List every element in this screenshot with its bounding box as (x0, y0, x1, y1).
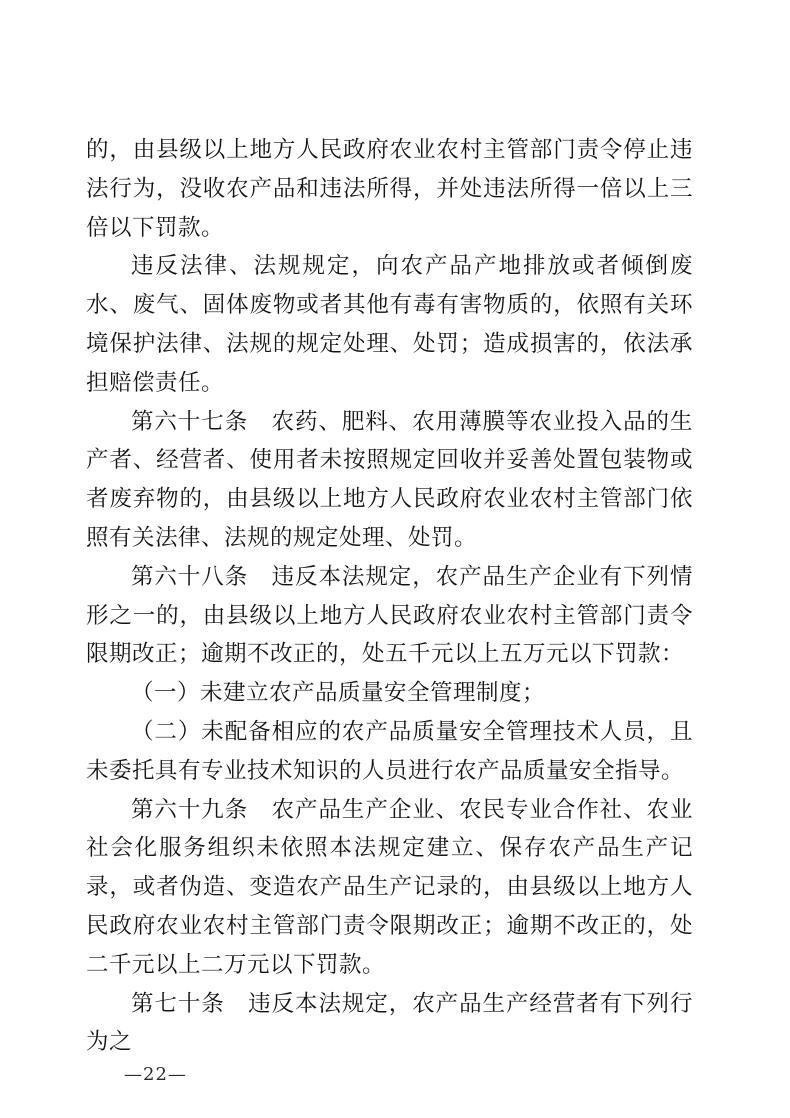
paragraph-continuation: 的，由县级以上地方人民政府农业农村主管部门责令停止违法行为，没收农产品和违法所得… (86, 131, 693, 247)
document-page: 的，由县级以上地方人民政府农业农村主管部门责令停止违法行为，没收农产品和违法所得… (0, 0, 790, 1118)
page-number: —22— (124, 1064, 187, 1085)
paragraph: 违反法律、法规规定，向农产品产地排放或者倾倒废水、废气、固体废物或者其他有毒有害… (86, 247, 693, 402)
paragraph-article-68: 第六十八条 违反本法规定，农产品生产企业有下列情形之一的，由县级以上地方人民政府… (86, 558, 693, 674)
paragraph-item-2: （二）未配备相应的农产品质量安全管理技术人员，且未委托具有专业技术知识的人员进行… (86, 713, 693, 791)
paragraph-article-67: 第六十七条 农药、肥料、农用薄膜等农业投入品的生产者、经营者、使用者未按照规定回… (86, 403, 693, 558)
document-body: 的，由县级以上地方人民政府农业农村主管部门责令停止违法行为，没收农产品和违法所得… (86, 131, 693, 1062)
paragraph-article-69: 第六十九条 农产品生产企业、农民专业合作社、农业社会化服务组织未依照本法规定建立… (86, 791, 693, 985)
paragraph-item-1: （一）未建立农产品质量安全管理制度； (86, 674, 693, 713)
paragraph-article-70: 第七十条 违反本法规定，农产品生产经营者有下列行为之 (86, 985, 693, 1063)
